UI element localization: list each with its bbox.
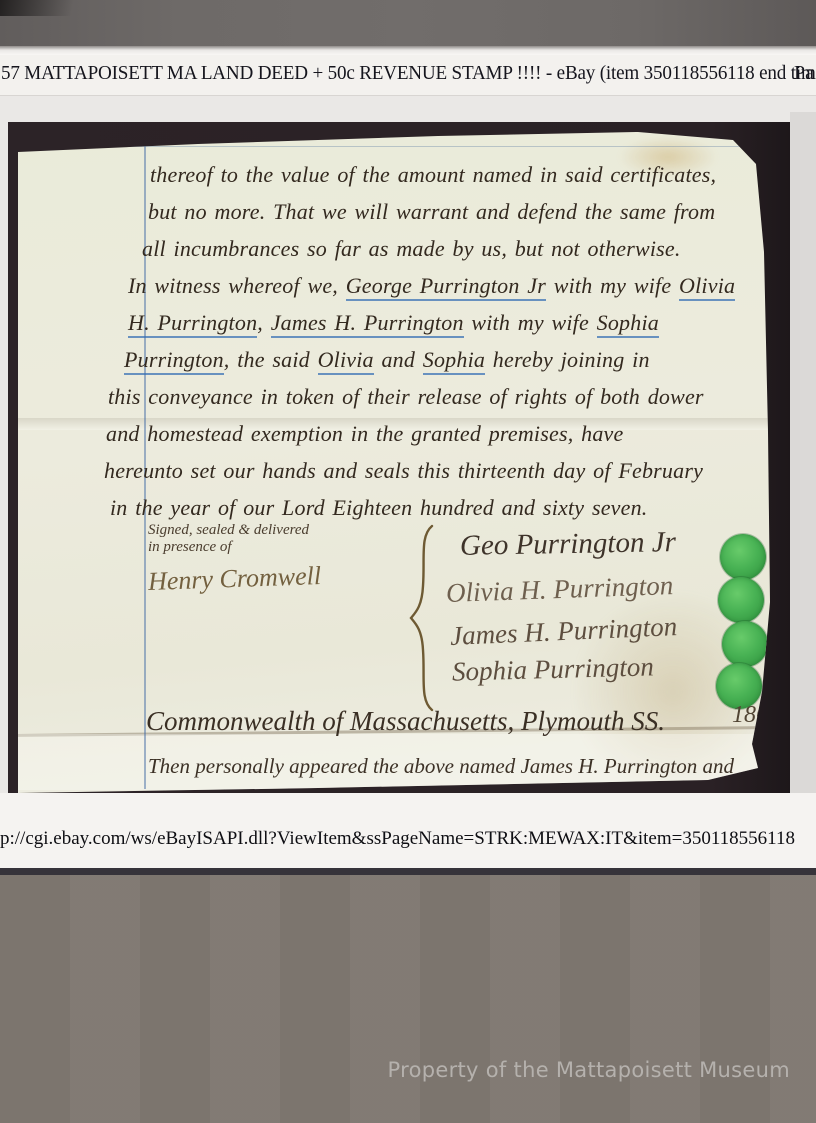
jurisdiction-year: 186 (732, 702, 768, 729)
witness-clause-line1: Signed, sealed & delivered (148, 522, 321, 539)
handwriting-segment: Sophia (597, 310, 659, 338)
party-signature: Sophia Purrington (452, 651, 655, 687)
handwriting-segment: In witness whereof we, (128, 273, 346, 298)
separator-line (0, 868, 816, 875)
handwriting-line: all incumbrances so far as made by us, b… (104, 230, 766, 267)
page-edge-highlight (0, 46, 816, 55)
handwriting-segment: , the said (224, 347, 318, 372)
witness-block: Signed, sealed & delivered in presence o… (148, 522, 321, 594)
deed-paper: thereof to the value of the amount named… (18, 132, 770, 793)
handwriting-segment: hereunto set our hands and seals this th… (104, 458, 703, 483)
jurisdiction-line: Commonwealth of Massachusetts, Plymouth … (146, 706, 665, 737)
ebay-page-title-right-fragment: Pa (794, 62, 814, 85)
handwriting-line: hereunto set our hands and seals this th… (104, 452, 766, 489)
printed-title-band: 57 MATTAPOISETT MA LAND DEED + 50c REVEN… (0, 55, 816, 96)
deed-body-text: thereof to the value of the amount named… (104, 156, 766, 526)
scanner-top-band (0, 0, 816, 50)
ruled-top-line (20, 146, 760, 147)
handwriting-segment: and homestead exemption in the granted p… (106, 421, 623, 446)
handwriting-line: in the year of our Lord Eighteen hundred… (104, 489, 766, 526)
handwriting-segment: Olivia (318, 347, 374, 375)
handwriting-line: this conveyance in token of their releas… (104, 378, 766, 415)
handwriting-segment: Sophia (423, 347, 485, 375)
handwriting-segment: George Purrington Jr (346, 273, 546, 301)
page-right-margin-strip (790, 112, 816, 868)
party-signature: Geo Purrington Jr (460, 526, 676, 563)
handwriting-segment: with my wife (464, 310, 597, 335)
handwriting-segment: Olivia (679, 273, 735, 301)
signatures-column: Geo Purrington JrOlivia H. PurringtonJam… (398, 528, 738, 788)
handwriting-line: H. Purrington, James H. Purrington with … (104, 304, 766, 341)
handwriting-segment: with my wife (546, 273, 679, 298)
handwriting-line: thereof to the value of the amount named… (104, 156, 766, 193)
handwriting-line: but no more. That we will warrant and de… (104, 193, 766, 230)
green-revenue-seal (720, 534, 766, 580)
revenue-seal-column (716, 534, 772, 724)
handwriting-segment: H. Purrington (128, 310, 257, 338)
handwriting-line: and homestead exemption in the granted p… (104, 415, 766, 452)
witness-signature: Henry Cromwell (148, 561, 322, 597)
handwriting-line: In witness whereof we, George Purrington… (104, 267, 766, 304)
handwriting-segment: all incumbrances so far as made by us, b… (142, 236, 681, 261)
handwriting-segment: James H. Purrington (271, 310, 464, 338)
scanner-corner-shadow (0, 0, 90, 16)
handwriting-segment: in the year of our Lord Eighteen hundred… (110, 495, 648, 520)
party-signature: James H. Purrington (449, 611, 677, 652)
green-revenue-seal (718, 577, 764, 623)
handwriting-segment: thereof to the value of the amount named… (150, 162, 716, 187)
museum-watermark: Property of the Mattapoisett Museum (388, 1058, 791, 1082)
ebay-url: p://cgi.ebay.com/ws/eBayISAPI.dll?ViewIt… (0, 828, 795, 850)
handwriting-segment: but no more. That we will warrant and de… (148, 199, 715, 224)
green-revenue-seal (722, 621, 768, 667)
handwriting-segment: , (257, 310, 270, 335)
ebay-page-title: 57 MATTAPOISETT MA LAND DEED + 50c REVEN… (1, 62, 816, 85)
scanned-page: 57 MATTAPOISETT MA LAND DEED + 50c REVEN… (0, 0, 816, 1123)
party-signature: Olivia H. Purrington (446, 570, 674, 609)
handwriting-segment: hereby joining in (485, 347, 650, 372)
handwriting-line: Purrington, the said Olivia and Sophia h… (104, 341, 766, 378)
handwriting-segment: this conveyance in token of their releas… (108, 384, 704, 409)
witness-clause-line2: in presence of (148, 539, 321, 556)
deed-scan-area: thereof to the value of the amount named… (8, 122, 790, 793)
acknowledgment-line: Then personally appeared the above named… (148, 754, 734, 779)
handwriting-segment: and (374, 347, 423, 372)
museum-backing-board: Property of the Mattapoisett Museum (0, 875, 816, 1123)
handwriting-segment: Purrington (124, 347, 224, 375)
printed-url-band: p://cgi.ebay.com/ws/eBayISAPI.dll?ViewIt… (0, 793, 816, 868)
